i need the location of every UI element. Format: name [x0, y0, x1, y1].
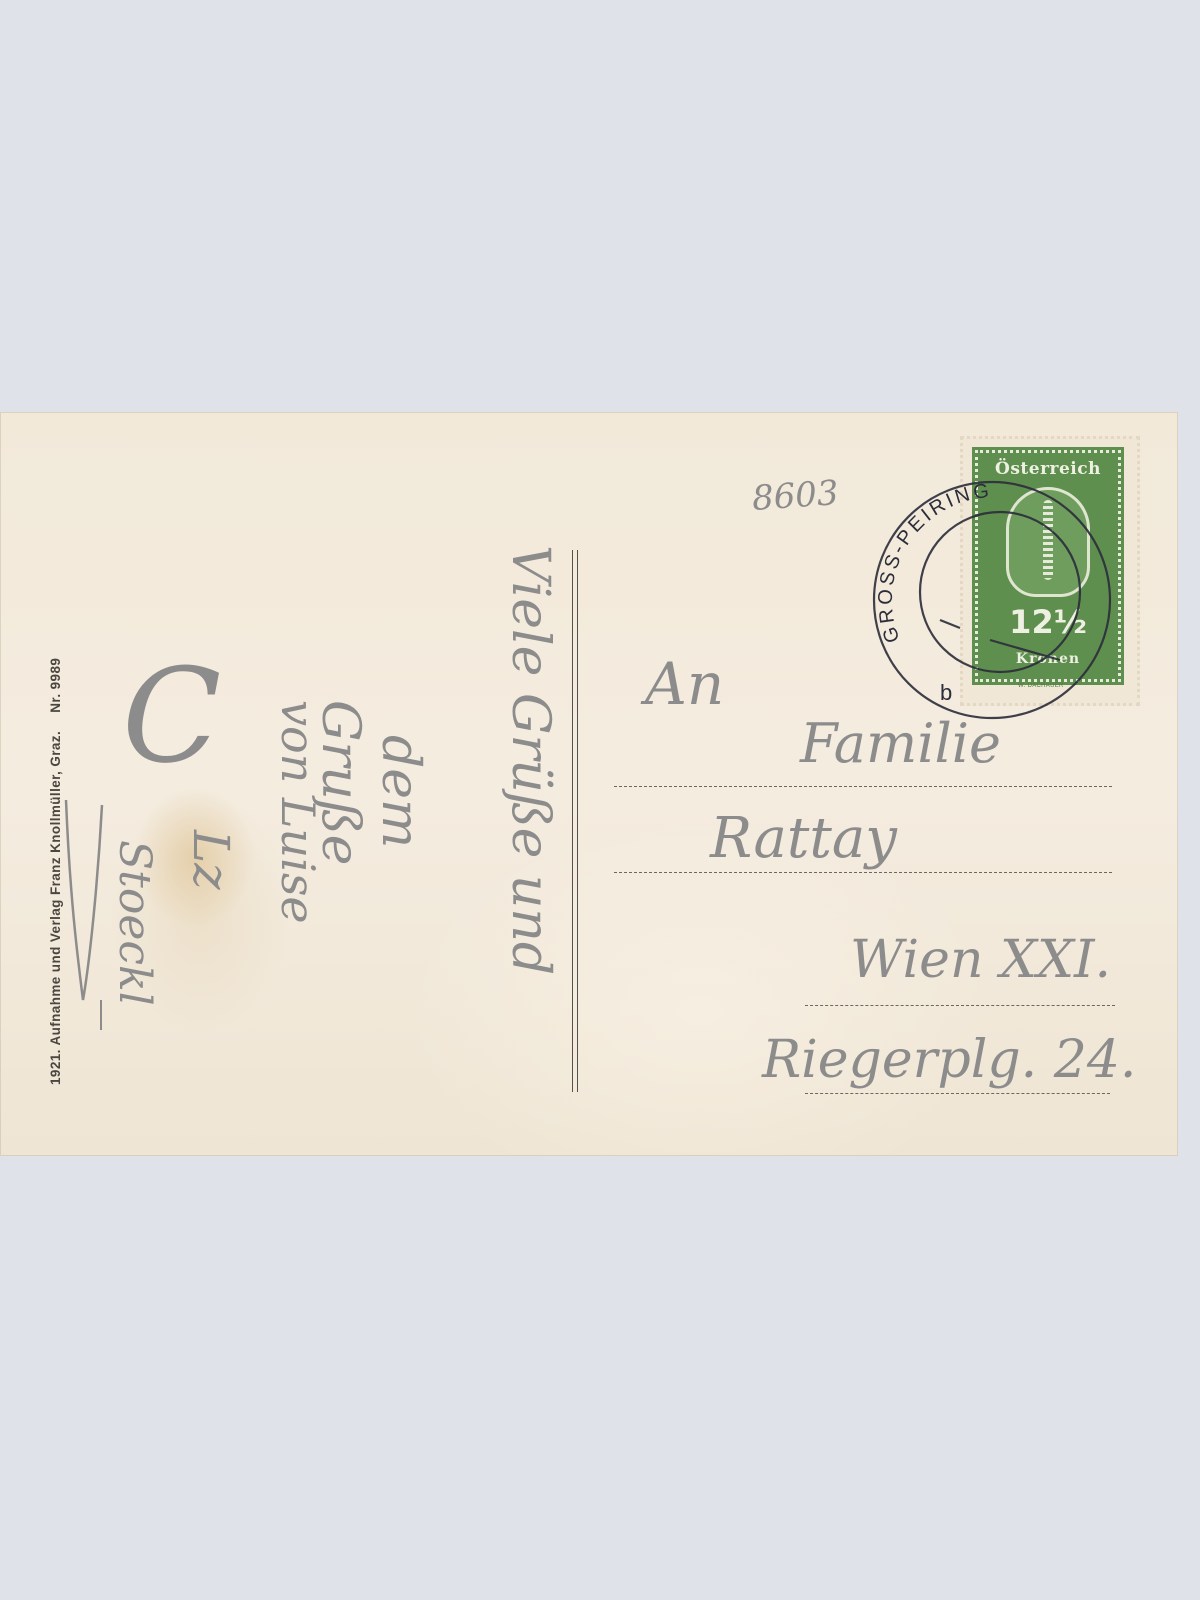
- address-city-line: Wien XXI.: [850, 930, 1111, 990]
- stamp-value: 12½: [978, 603, 1118, 641]
- publisher-imprint: 1921. Aufnahme und Verlag Franz Knollmül…: [48, 658, 63, 1085]
- stamp-currency: Kronen: [978, 651, 1118, 667]
- address-line-3: [805, 1005, 1115, 1006]
- message-line-2: dem: [370, 735, 430, 848]
- stamp-designer: W. DACHAUER: [1018, 683, 1064, 689]
- address-family-line: Rattay: [710, 806, 897, 871]
- imprint-number: Nr. 9989: [48, 658, 63, 713]
- message-line-1: Viele Grüße und: [500, 545, 560, 975]
- imprint-publisher: Aufnahme und Verlag Franz Knollmüller, G…: [48, 731, 63, 1046]
- message-line-4: von Luise: [271, 700, 325, 924]
- imprint-year: 1921.: [48, 1049, 63, 1085]
- address-street-line: Riegerplg. 24.: [762, 1030, 1136, 1090]
- postage-stamp: Österreich 12½ Kronen: [975, 450, 1121, 682]
- address-line-2: [614, 872, 1112, 873]
- signature-initial: C: [122, 640, 221, 792]
- signature-mark: Lz: [182, 830, 240, 890]
- archive-number-note: 8603: [751, 473, 840, 519]
- wheat-sheaf-icon: [1006, 487, 1090, 597]
- signature-name: Stoeckl: [109, 840, 160, 1006]
- center-divider: [572, 550, 578, 1092]
- address-line-4: [805, 1093, 1110, 1094]
- address-name-line: Familie: [800, 712, 1001, 775]
- address-salutation: An: [645, 650, 724, 718]
- stamp-country: Österreich: [978, 459, 1118, 479]
- address-line-1: [614, 786, 1112, 787]
